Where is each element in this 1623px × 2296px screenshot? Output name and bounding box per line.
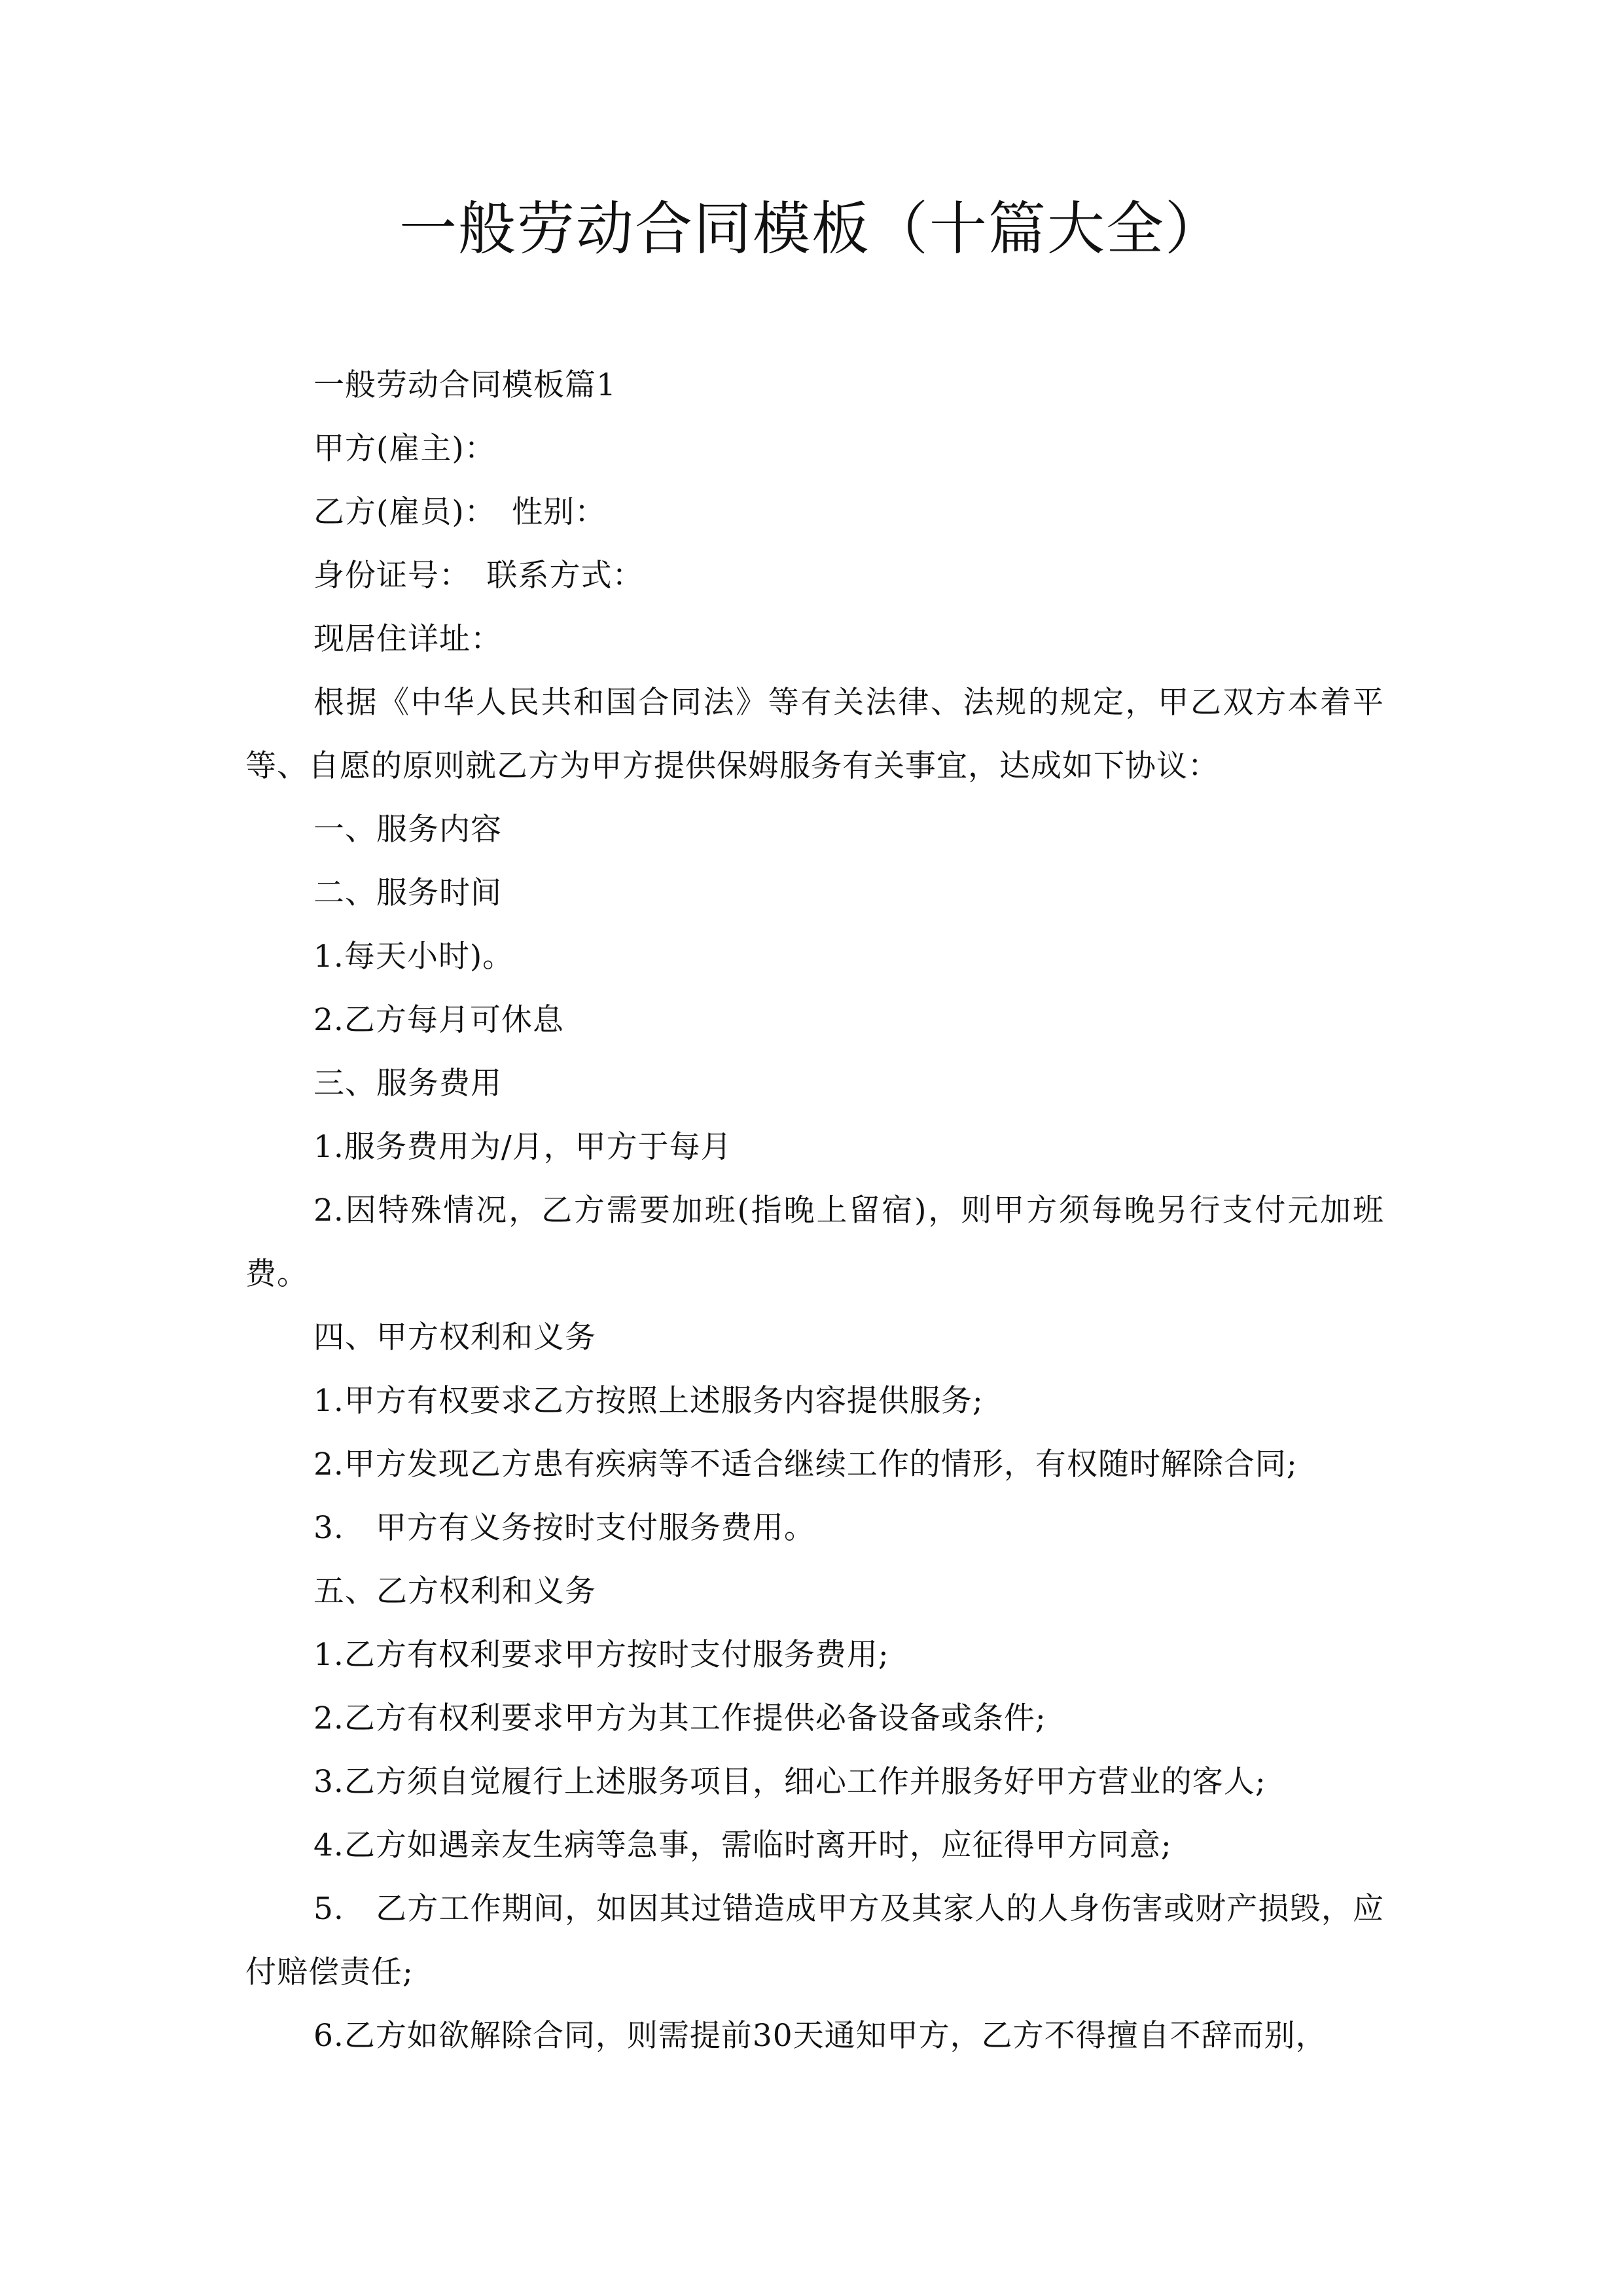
clause-item: 5. 乙方工作期间，如因其过错造成甲方及其家人的人身伤害或财产损毁，应付赔偿责任… [245,1877,1384,2004]
party-b-field: 乙方(雇员)： 性别： [245,480,1384,544]
clause-item: 1.甲方有权要求乙方按照上述服务内容提供服务; [245,1369,1384,1433]
clause-item: 1.服务费用为/月，甲方于每月 [245,1115,1384,1179]
id-contact-field: 身份证号： 联系方式： [245,544,1384,607]
document-title: 一般劳动合同模板（十篇大全） [0,190,1623,268]
preamble-paragraph: 根据《中华人民共和国合同法》等有关法律、法规的规定，甲乙双方本着平等、自愿的原则… [245,671,1384,798]
address-field: 现居住详址： [245,607,1384,671]
clause-item: 2.甲方发现乙方患有疾病等不适合继续工作的情形，有权随时解除合同; [245,1433,1384,1496]
clause-item: 1.乙方有权利要求甲方按时支付服务费用; [245,1623,1384,1687]
clause-item: 4.乙方如遇亲友生病等急事，需临时离开时，应征得甲方同意; [245,1814,1384,1877]
clause-heading: 四、甲方权利和义务 [245,1306,1384,1369]
clause-heading: 二、服务时间 [245,861,1384,925]
clause-item: 2.乙方有权利要求甲方为其工作提供必备设备或条件; [245,1687,1384,1750]
clause-item: 1.每天小时)。 [245,925,1384,988]
clause-heading: 一、服务内容 [245,798,1384,861]
clause-item: 2.乙方每月可休息 [245,988,1384,1052]
clause-item: 6.乙方如欲解除合同，则需提前30天通知甲方，乙方不得擅自不辞而别， [245,2004,1384,2068]
party-a-field: 甲方(雇主)： [245,417,1384,480]
document-body: 一般劳动合同模板篇1 甲方(雇主)： 乙方(雇员)： 性别： 身份证号： 联系方… [245,353,1384,2068]
clause-item: 3.乙方须自觉履行上述服务项目，细心工作并服务好甲方营业的客人; [245,1750,1384,1814]
clause-heading: 三、服务费用 [245,1052,1384,1115]
document-page: 一般劳动合同模板（十篇大全） 一般劳动合同模板篇1 甲方(雇主)： 乙方(雇员)… [0,0,1623,2296]
clause-heading: 五、乙方权利和义务 [245,1560,1384,1623]
clause-item: 2.因特殊情况，乙方需要加班(指晚上留宿)，则甲方须每晚另行支付元加班费。 [245,1179,1384,1306]
section-heading: 一般劳动合同模板篇1 [245,353,1384,417]
clause-item: 3. 甲方有义务按时支付服务费用。 [245,1496,1384,1560]
